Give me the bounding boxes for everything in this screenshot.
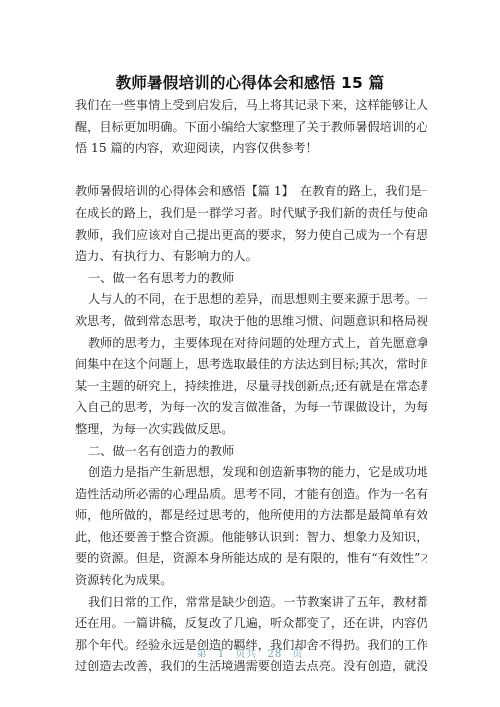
paragraph-line: 人与人的不同，在于思想的差异，而思想则主要来源于思考。一个人是否喜 — [75, 289, 427, 311]
page-number-footer: 第 1 页共 28 页 — [0, 645, 500, 665]
section-1-line: 教师暑假培训的心得体会和感悟【篇 1】 在教育的路上，我们是一群追逐者； — [75, 181, 427, 203]
section-1-line: 造力、有执行力、有影响力的人。 — [75, 246, 427, 268]
paragraph-line: 创造力是指产生新思想，发现和创造新事物的能力，它是成功地完成某种创 — [75, 462, 427, 484]
intro-line: 悟 15 篇的内容，欢迎阅读，内容仅供参考！ — [75, 138, 427, 160]
paragraph-line: 造性活动所必需的心理品质。思考不同，才能有创造。作为一名有创造力的教 — [75, 484, 427, 506]
paragraph-line: 我们日常的工作，常常是缺少创造。一节教案讲了五年，教材都变了，教案 — [75, 592, 427, 614]
document-page: 教师暑假培训的心得体会和感悟 15 篇 我们在一些事情上受到启发后，马上将其记录… — [0, 0, 500, 707]
page-label-suffix: 页 — [292, 649, 303, 660]
paragraph-line: 资源转化为成果。 — [75, 570, 427, 592]
page-label-prefix: 第 — [197, 649, 208, 660]
intro-line: 醒，目标更加明确。下面小编给大家整理了关于教师暑假培训的心得体会和感 — [75, 117, 427, 139]
paragraph-line: 还在用。一篇讲稿，反复改了几遍，听众都变了，还在讲，内容仍停留在最初 — [75, 613, 427, 635]
paragraph-line: 间集中在这个问题上，思考选取最佳的方法达到目标;其次，常时间集中关注在 — [75, 354, 427, 376]
paragraph-line: 师，他所做的，都是经过思考的，他所使用的方法都是最简单有效的。不仅如 — [75, 505, 427, 527]
paragraph-line: 此，他还要善于整合资源。他能够认识到：智力、想象力及知识，都是我们重 — [75, 527, 427, 549]
document-body: 我们在一些事情上受到启发后，马上将其记录下来，这样能够让人头脑更加清 醒，目标更… — [75, 95, 427, 678]
section-heading-creativity: 二、做一名有创造力的教师 — [75, 441, 427, 463]
paragraph-line: 整理，为每一次实践做反思。 — [75, 419, 427, 441]
paragraph-line: 欢思考，做到常态思考，取决于他的思维习惯、问题意识和格局视野。 — [75, 311, 427, 333]
section-heading-thinking: 一、做一名有思考力的教师 — [75, 268, 427, 290]
paragraph-line: 要的资源。但是，资源本身所能达成的 是有限的，惟有“有效性”才能将这些 — [75, 548, 427, 570]
section-1-line: 教师，我们应该对自己提出更高的要求，努力使自己成为一个有思考力、有创 — [75, 225, 427, 247]
intro-line: 我们在一些事情上受到启发后，马上将其记录下来，这样能够让人头脑更加清 — [75, 95, 427, 117]
blank-line — [75, 160, 427, 182]
section-1-line: 在成长的路上，我们是一群学习者。时代赋予我们新的责任与使命。作为一名 — [75, 203, 427, 225]
paragraph-line: 教师的思考力，主要体现在对待问题的处理方式上，首先愿意拿出一定的时 — [75, 333, 427, 355]
document-title: 教师暑假培训的心得体会和感悟 15 篇 — [0, 72, 500, 94]
page-label-mid: 页共 — [235, 649, 257, 660]
current-page-number: 1 — [218, 649, 225, 660]
total-page-count: 28 — [268, 649, 283, 660]
paragraph-line: 入自己的思考，为每一次的发言做准备，为每一节课做设计，为每一次阅读做 — [75, 397, 427, 419]
paragraph-line: 某一主题的研究上，持续推进，尽量寻找创新点;还有就是在常态教学活动中融 — [75, 376, 427, 398]
